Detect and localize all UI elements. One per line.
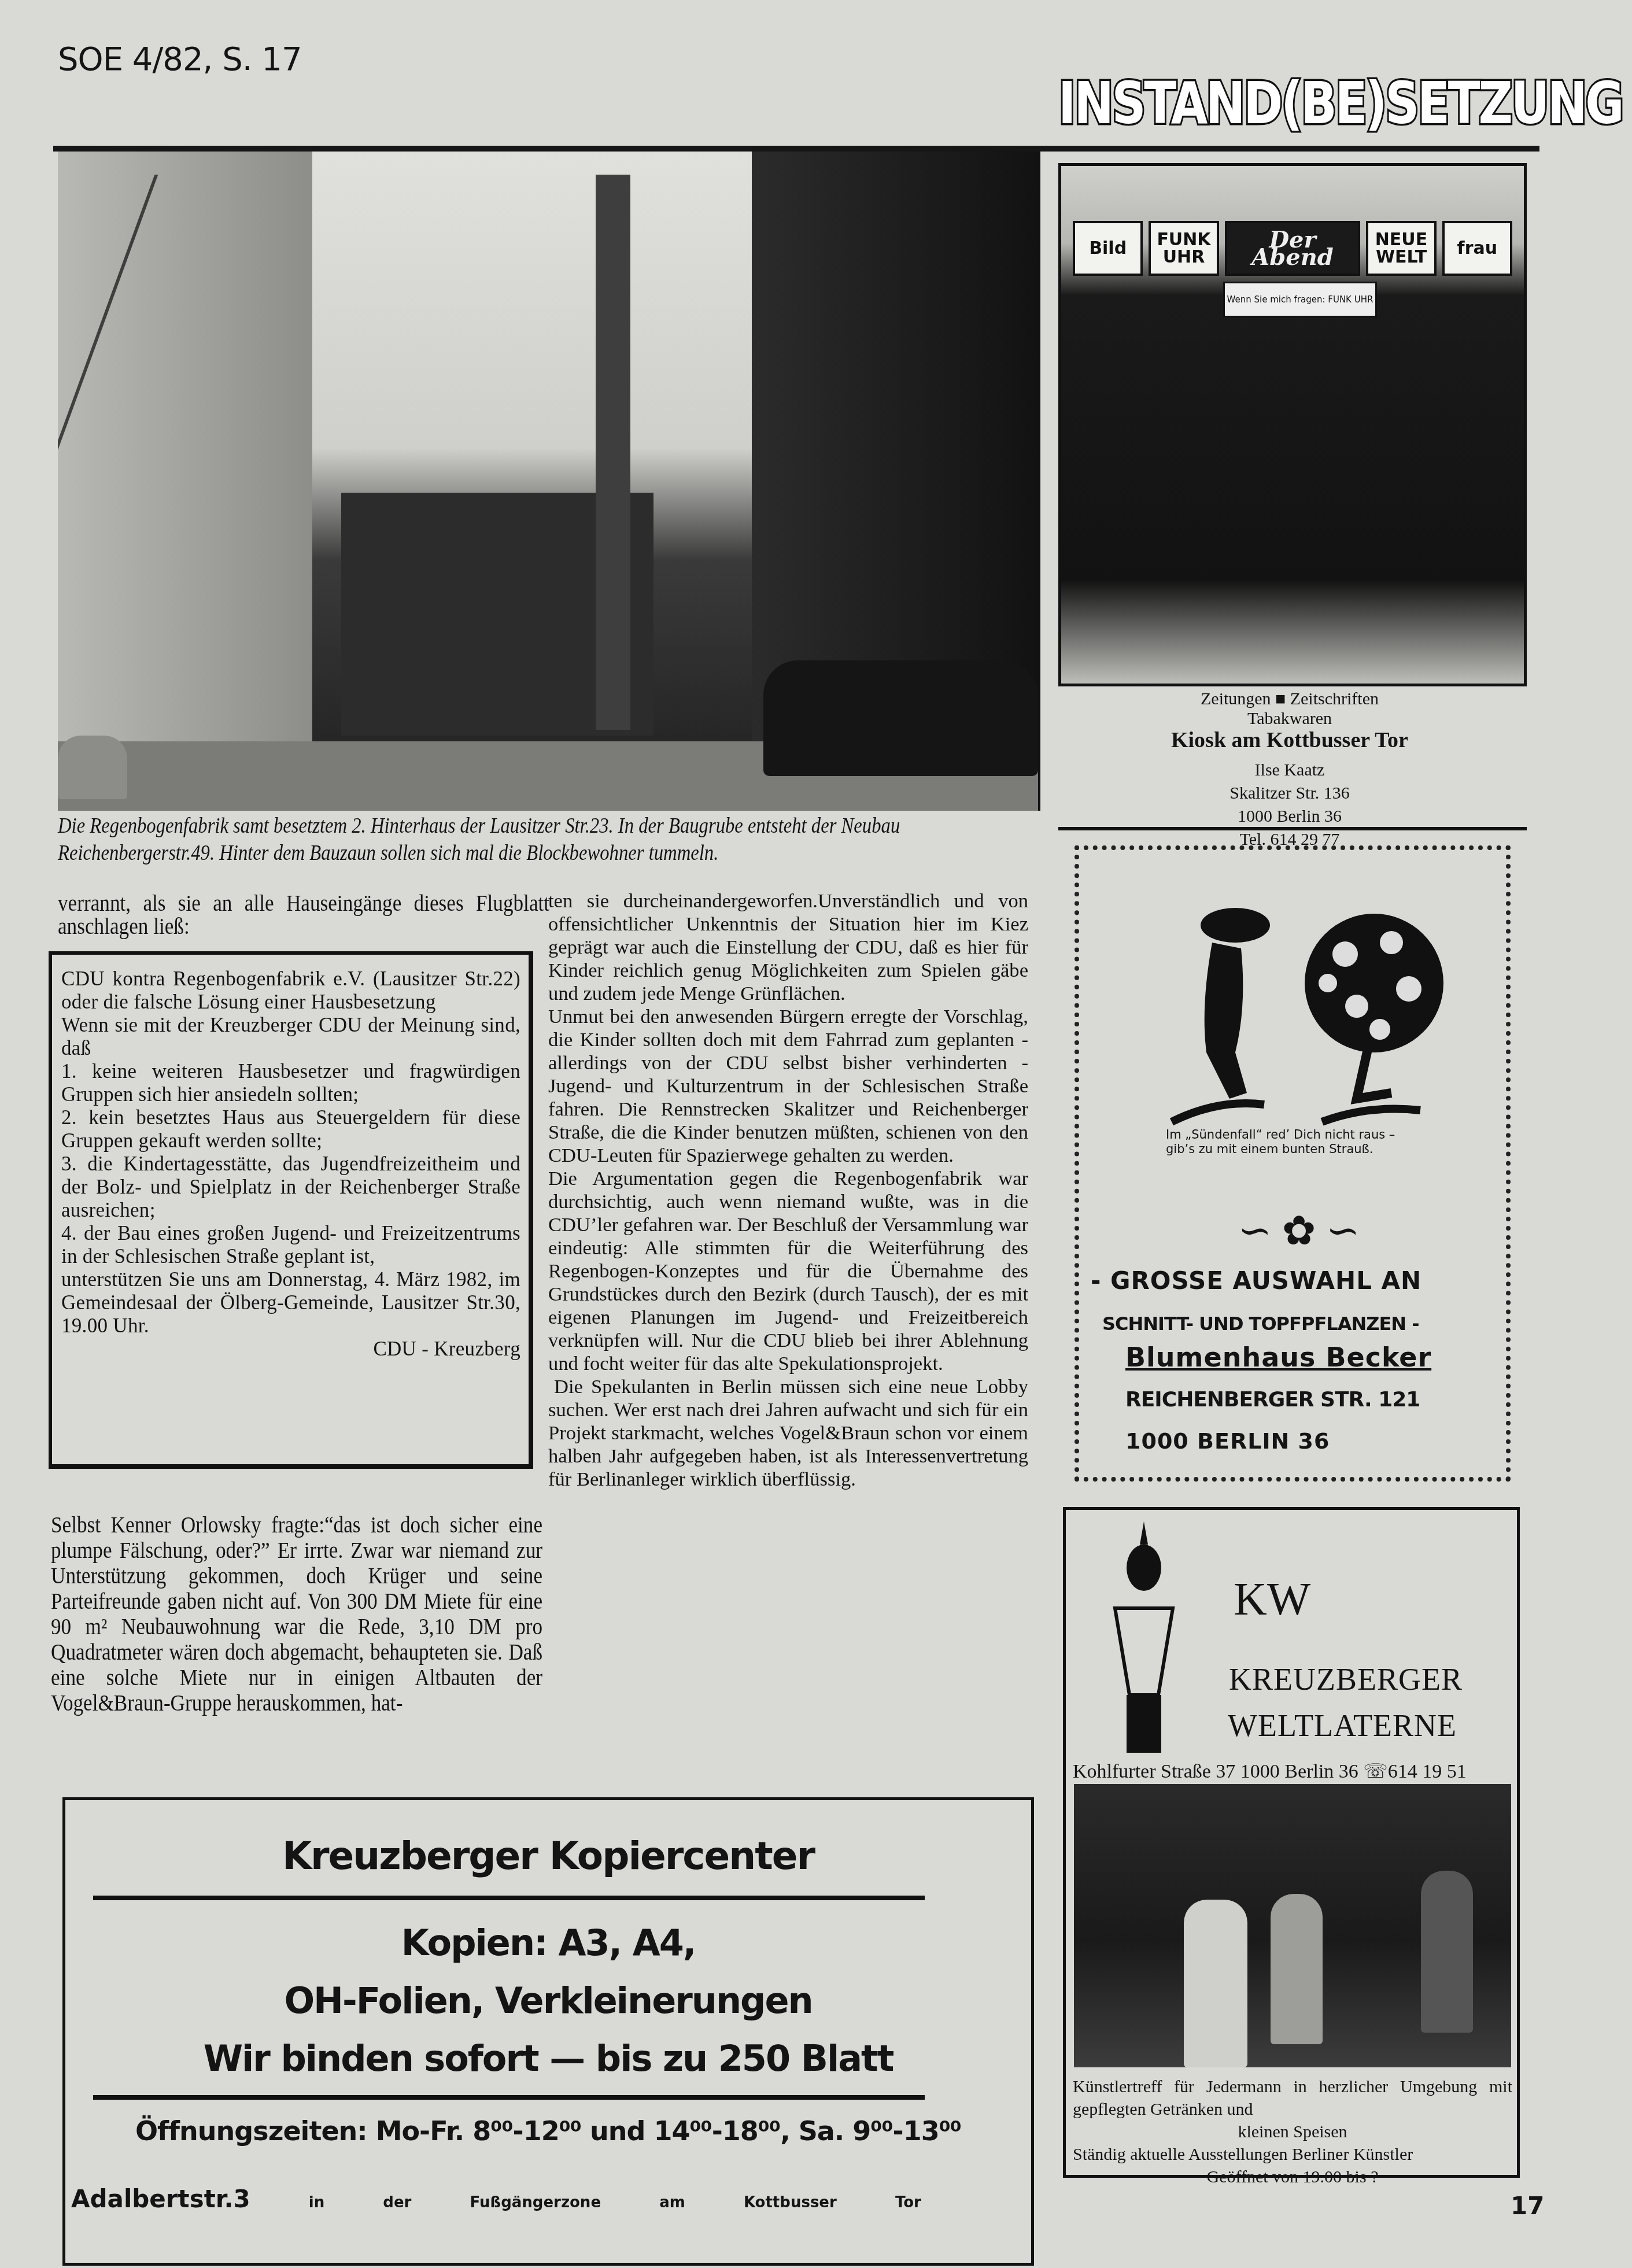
header-rule: [53, 146, 1539, 152]
section-title: INSTAND(BE)SETZUNG: [1058, 68, 1622, 139]
kopiercenter-hours: Öffnungszeiten: Mo-Fr. 8⁰⁰-12⁰⁰ und 14⁰⁰…: [65, 2115, 1031, 2147]
flyer-item-4: 4. der Bau eines großen Jugend- und Frei…: [61, 1222, 520, 1268]
kw-name-line-2: WELTLATERNE: [1228, 1708, 1457, 1744]
kopiercenter-line-3: Wir binden sofort — bis zu 250 Blatt: [65, 2037, 1031, 2079]
kiosk-tobacco: Tabakwaren: [1058, 710, 1521, 727]
article-paragraph: Die Argumentation gegen die Regenbogenfa…: [548, 1167, 1028, 1375]
address-word: am: [659, 2194, 685, 2211]
flyer-item-2: 2. kein besetztes Haus aus Steuergeldern…: [61, 1106, 520, 1153]
flyer-heading: CDU kontra Regenbogenfabrik e.V. (Lausit…: [61, 967, 520, 1014]
address-word: der: [383, 2194, 411, 2211]
kiosk-subsign: Wenn Sie mich fragen: FUNK UHR: [1223, 282, 1377, 317]
sign-frau: frau: [1442, 221, 1512, 276]
flyer-item-1: 1. keine weiteren Hausbesetzer und fragw…: [61, 1060, 520, 1106]
flower-line-2: SCHNITT- UND TOPFPFLANZEN -: [1102, 1313, 1507, 1335]
kiosk-sign-row: Bild FUNK UHR Der Abend NEUE WELT frau: [1073, 221, 1512, 276]
kw-desc-line-2: kleinen Speisen: [1073, 2121, 1512, 2143]
photo-parked-car: [763, 660, 1038, 776]
photo-chimney: [596, 175, 630, 730]
caption-line-2: gib’s zu mit einem bunten Strauß.: [1166, 1142, 1432, 1157]
flower-shop-street: REICHENBERGER STR. 121: [1125, 1388, 1530, 1412]
ad-divider: [93, 1896, 925, 1900]
article-paragraph: Die Spekulanten in Berlin müssen sich ei…: [548, 1375, 1028, 1491]
sign-der-abend: Der Abend: [1225, 221, 1361, 276]
cartoon-caption: Im „Sündenfall“ red’ Dich nicht raus – g…: [1166, 1128, 1432, 1157]
flyer-signature: CDU - Kreuzberg: [61, 1338, 520, 1361]
kw-desc-line-1: Künstlertreff für Jedermann in herzliche…: [1073, 2077, 1512, 2119]
flower-line-1: - GROSSE AUSWAHL AN: [1091, 1266, 1496, 1295]
section-masthead: INSTAND(BE)SETZUNG: [1058, 68, 1452, 139]
kw-desc-line-4: Geöffnet von 19.00 bis ?: [1073, 2166, 1512, 2188]
flyer-intro: Wenn sie mit der Kreuzberger CDU der Mei…: [61, 1014, 520, 1060]
kw-description: Künstlertreff für Jedermann in herzliche…: [1073, 2075, 1512, 2188]
sign-funkuhr: FUNK UHR: [1149, 221, 1219, 276]
kopiercenter-title: Kreuzberger Kopiercenter: [65, 1834, 1031, 1878]
article-left-intro: verrannt, als sie an alle Hauseingänge d…: [58, 892, 549, 938]
article-paragraph: Unmut bei den anwesenden Bürgern erregte…: [548, 1005, 1028, 1167]
flower-shop-city: 1000 BERLIN 36: [1125, 1428, 1530, 1454]
address-word: in: [309, 2194, 324, 2211]
kw-logo: KW: [1234, 1573, 1310, 1626]
photo-figure: [1184, 1900, 1247, 2067]
address-word: Tor: [895, 2194, 921, 2211]
photo-figure: [1271, 1894, 1323, 2044]
kiosk-name: Kiosk am Kottbusser Tor: [1058, 727, 1521, 753]
main-photo-caption: Die Regenbogenfabrik samt besetztem 2. H…: [58, 812, 1040, 867]
kiosk-owner: Ilse Kaatz: [1058, 759, 1521, 782]
flyer-item-3: 3. die Kindertagesstätte, das Jugendfrei…: [61, 1153, 520, 1222]
flower-ornament-icon: ∽ ✿ ∽: [1143, 1197, 1455, 1266]
cdu-flyer-box: CDU kontra Regenbogenfabrik e.V. (Lausit…: [49, 951, 533, 1469]
ad-divider: [93, 2095, 925, 2100]
kiosk-photo: Bild FUNK UHR Der Abend NEUE WELT frau W…: [1058, 163, 1527, 686]
photo-figure: [1421, 1871, 1473, 2033]
bar-interior-photo: [1074, 1784, 1511, 2067]
sign-neue-welt: NEUE WELT: [1366, 221, 1436, 276]
kopiercenter-line-2: OH-Folien, Verkleinerungen: [65, 1979, 1031, 2022]
article-left-body: Selbst Kenner Orlowsky fragte:“das ist d…: [51, 1512, 542, 1716]
kw-name-line-1: KREUZBERGER: [1229, 1661, 1463, 1697]
kiosk-ad-rule: [1058, 827, 1527, 830]
article-paragraph: Selbst Kenner Orlowsky fragte:“das ist d…: [51, 1512, 542, 1716]
address-street: Adalbertstr.3: [71, 2185, 250, 2213]
flyer-call-to-action: unterstützen Sie uns am Donnerstag, 4. M…: [61, 1268, 520, 1338]
kiosk-city: 1000 Berlin 36: [1058, 805, 1521, 828]
kopiercenter-address: Adalbertstr.3 in der Fußgängerzone am Ko…: [71, 2185, 921, 2213]
article-paragraph: ten sie durcheinandergeworfen.Unverständ…: [548, 889, 1028, 1005]
main-photo: [58, 152, 1040, 811]
sign-bild: Bild: [1073, 221, 1143, 276]
page-reference: SOE 4/82, S. 17: [58, 40, 302, 78]
cartoon-illustration: [1149, 891, 1455, 1133]
page-number: 17: [1511, 2192, 1544, 2220]
flower-shop-name: Blumenhaus Becker: [1125, 1342, 1530, 1373]
kiosk-products: Zeitungen ■ Zeitschriften: [1058, 688, 1521, 710]
flower-shop-ad: Im „Sündenfall“ red’ Dich nicht raus – g…: [1075, 845, 1511, 1482]
street-lantern-icon: [1112, 1521, 1176, 1753]
article-middle-column: ten sie durcheinandergeworfen.Unverständ…: [548, 889, 1028, 1491]
caption-line-1: Im „Sündenfall“ red’ Dich nicht raus –: [1166, 1128, 1432, 1142]
kw-contact: Kohlfurter Straße 37 1000 Berlin 36 ☏614…: [1073, 1760, 1518, 1783]
weltlaterne-ad: KW KREUZBERGER WELTLATERNE Kohlfurter St…: [1063, 1507, 1520, 2178]
kopiercenter-ad: Kreuzberger Kopiercenter Kopien: A3, A4,…: [62, 1797, 1034, 2266]
kw-desc-line-3: Ständig aktuelle Ausstellungen Berliner …: [1073, 2143, 1512, 2166]
photo-car-left: [58, 736, 127, 799]
kopiercenter-line-1: Kopien: A3, A4,: [65, 1922, 1031, 1964]
address-word: Kottbusser: [744, 2194, 837, 2211]
address-word: Fußgängerzone: [470, 2194, 601, 2211]
kiosk-street: Skalitzer Str. 136: [1058, 782, 1521, 805]
